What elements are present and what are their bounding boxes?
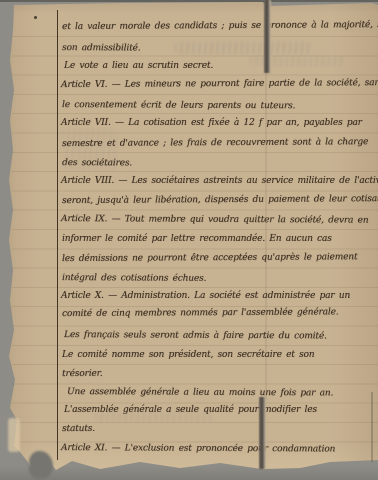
manuscript-line: Article IX. — Tout membre qui voudra qui…	[61, 214, 368, 226]
torn-corner-hole	[29, 451, 53, 479]
paper-crease	[265, 70, 267, 400]
manuscript-line: son admissibilité.	[62, 43, 141, 53]
manuscript-line: statuts.	[62, 424, 95, 434]
manuscript-line: Article X. — Administration. La société …	[61, 291, 350, 301]
manuscript-line: Article VII. — La cotisation est fixée à…	[61, 118, 362, 128]
manuscript-line: seront, jusqu'à leur libération, dispens…	[62, 194, 378, 206]
paper-fold-tear-top	[264, 0, 271, 73]
manuscript-line: L'assemblée générale a seule qualité pou…	[64, 405, 317, 415]
manuscript-line: le consentement écrit de leurs parents o…	[62, 100, 295, 111]
manuscript-line: intégral des cotisations échues.	[62, 273, 206, 284]
manuscript-line: Article XI. — L'exclusion est prononcée …	[61, 443, 335, 454]
margin-rule-line	[57, 10, 58, 460]
manuscript-line: trésorier.	[62, 369, 103, 379]
manuscript-line: Article VI. — Les mineurs ne pourront fa…	[61, 78, 378, 90]
manuscript-line: des sociétaires.	[62, 158, 132, 168]
scanned-document-canvas: et la valeur morale des candidats ; puis…	[0, 0, 378, 480]
manuscript-line: et la valeur morale des candidats ; puis…	[62, 20, 378, 32]
manuscript-line: Article VIII. — Les sociétaires astreint…	[61, 176, 378, 186]
manuscript-line: les démissions ne pourront être acceptée…	[62, 252, 357, 264]
manuscript-line: informer le comité par lettre recommandé…	[62, 234, 332, 244]
manuscript-line: semestre et d'avance ; les frais de reco…	[62, 137, 368, 149]
paper-fold-tear-bottom	[259, 397, 266, 469]
manuscript-line: Les français seuls seront admis à faire …	[64, 330, 327, 341]
manuscript-line: comité de cinq membres nommés par l'asse…	[62, 307, 339, 319]
manuscript-line: Le comité nomme son président, son secré…	[62, 350, 314, 360]
underlying-sheet-edge	[371, 392, 373, 462]
ink-dot	[34, 16, 37, 19]
manuscript-line: Le vote a lieu au scrutin secret.	[64, 61, 213, 71]
torn-edge-flap	[8, 418, 20, 452]
manuscript-line: Une assemblée générale a lieu au moins u…	[67, 387, 333, 398]
